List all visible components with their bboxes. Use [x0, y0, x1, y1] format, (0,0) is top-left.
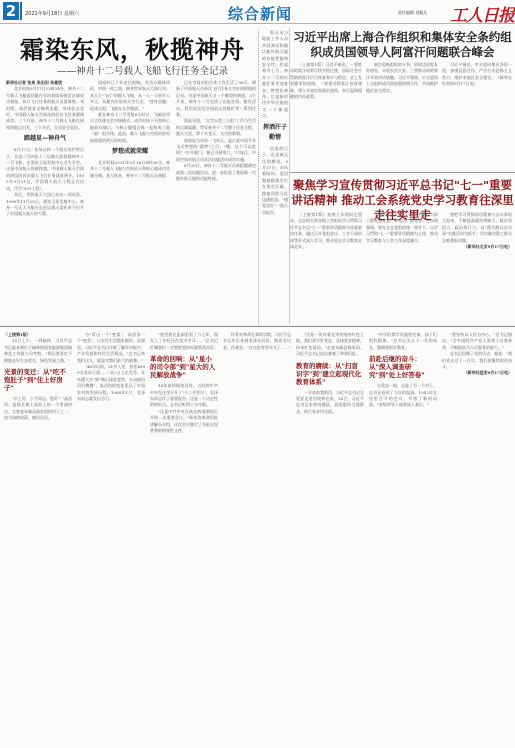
lead-column-1: 新华社记者 张泉 张汨汨 朱基钗 北京时间9月17日13时34分，神舟十二号载人… [6, 80, 84, 324]
section-divider [290, 172, 515, 173]
bottom-paragraph: 在延安一路，走进了另一个村子，总书记看到了当年的窑洞。1942年在这里召开的会议… [369, 383, 437, 409]
bottom-paragraph: "这是一块有着光荣传统的红色土地，我们要学好党史，弘扬延安精神，传承红色基因。"… [296, 332, 364, 358]
lead-paragraph: 6月17日，东风这样一个阳光灿烂的日子，长征二号F遥十二运载火箭搭载神舟十二号飞… [6, 147, 84, 192]
lead-paragraph: 就在神舟十二号发射6小时后，飞船采用自主快速交会对接模式，成功对接于天和核心舱前… [90, 112, 170, 144]
bottom-column-5: "这是一块有着光荣传统的红色土地，我们要学好党史，弘扬延安精神，传承红色基因。"… [296, 332, 364, 746]
newspaper-logo: 工人日报 [450, 1, 514, 26]
bottom-paragraph: "48年以前，21岁入党，担任4999名党员干部……"从"山上光秃秃，年年遭大水… [77, 364, 145, 402]
right-mid-paragraph: 要把学习贯彻讲话精神与办实事结合起来，不断提高政治判断力、政治领悟力、政治执行力… [442, 212, 512, 244]
right-mid-column-3: 要把学习贯彻讲话精神与办实事结合起来，不断提高政治判断力、政治领悟力、政治执行力… [442, 212, 512, 322]
bottom-subsection-3: 教育的赓续：从"扫盲识字"到"建立起现代化教育体系" [296, 362, 364, 386]
lead-paragraph: 如果说当年的一飞冲天，是古老中国千年飞天梦想的"圆梦"之行。"嗨，这个可以吃吗？… [176, 138, 256, 164]
lead-column-3: 已在空间站组合体工作生活了90天，刷新了中国航天员单次飞行任务太空驻留时间的记录… [176, 80, 256, 324]
right-mid-paragraph: 工会干部深入基层一线，引导广大职工群众感党恩、听党话、跟党走。王东明强调，要在全… [366, 212, 438, 244]
column-divider [258, 30, 259, 325]
bottom-paragraph: "这是中共中央在陕北转战期间召开的一次重要会议。"杨家沟革命旧址讲解员介绍，这次… [150, 409, 218, 435]
bottom-subsection-2: 革命的回响：从"星小的司令部"到"星大的人民解放战争" [150, 355, 218, 379]
lead-subsection-2: 梦想成就荣耀 [90, 147, 170, 157]
masthead: 2 2021年9月18日 星期六 综合新闻 责任编辑 刘颖凡 工人日报 [0, 0, 515, 24]
right-top-paragraph: 展打恐怖组织的斗争，同周边国家友好相处，实现长治久安。三要推动同阿富汗开展对话接… [366, 62, 438, 94]
right-mid-paragraph: （上接第1版）按照王东明同志要求，全总机关和各级工会组织学习贯彻习近平总书记"七… [290, 212, 362, 250]
right-top-column-2: 展打恐怖组织的斗争，同周边国家友好相处，实现长治久安。三要推动同阿富汗开展对话接… [366, 62, 438, 170]
lead-paragraph: 海是无垠，"太空出差三人组"工作与生活的点滴温暖，贯穿神舟十二号整个任务全程。露… [176, 118, 256, 137]
section-title: 综合新闻 [228, 3, 292, 24]
bottom-column-6: "中学的教学设施很完备，孩子们很有精神。"总书记关心下一代的成长，强调要抓好教育… [369, 332, 437, 746]
right-top-paragraph: （上接第1版）习近平指出，一要推动阿富汗局势尽快平稳过渡。国际社会应帮助阿富汗早… [290, 62, 362, 100]
right-top-paragraph: 习近平指出，中方愿同地区各国一道，加强反恐合作，严厉打击恐怖主义势力，维护本地区… [442, 62, 512, 88]
issue-date: 2021年9月18日 星期六 [25, 10, 79, 17]
right-mid-column-2: 工会干部深入基层一线，引导广大职工群众感党恩、听党话、跟党走。王东明强调，要在全… [366, 212, 438, 322]
lead-column-2: 国家时已十年走过的路。有西方媒体评论，中国一夜之间，跻身世界航天大国行列。从天上… [90, 80, 170, 324]
bottom-credit: （新华社延安9月17日电） [442, 370, 512, 376]
right-top-column-3: 习近平指出，中方愿同地区各国一道，加强反恐合作，严厉打击恐怖主义势力，维护本地区… [442, 62, 512, 170]
bottom-paragraph: "夜里我在窑洞里看了六七年，现在上了年纪还在读书学习……"总书记叮嘱我们一定要把… [150, 332, 218, 351]
bottom-column-2: 为"青山一个"变富"，高西沟一个"变美"，让农民生活越来越好。窑洞里，习近平总书… [77, 332, 145, 746]
bottom-subsection-4: 前赴后继的奋斗：从"深入调查研究"到"处上好答卷" [369, 355, 437, 379]
page-number: 2 [3, 2, 19, 20]
bottom-paragraph: 总书记回顾了党的历史，他说："我们党走过了一百年，我们要继续艰苦奋斗。" [442, 351, 512, 370]
bottom-column-1: （上接第1版） 15日上午，一到榆林，习近平总书记就来到位于榆林的国家能源集团榆… [4, 332, 72, 746]
lead-paragraph: 8月20日，神舟十二号航天员乘组圆满完成第二次出舱活动，进一步检验了我国新一代舱… [176, 163, 256, 182]
editor-credit: 责任编辑 刘颖凡 [398, 10, 427, 16]
lead-paragraph: 其后，世界航天大国已启动一项试验。1999年11月20日，酒泉卫星发射中心，神舟… [6, 192, 84, 218]
lead-paragraph: 北京时间9月17日13时34分，神舟十二号载人飞船返回舱在东风着陆场预定区域成功… [6, 86, 84, 131]
bottom-column-4: 怀着对革命先辈的崇敬，习近平总书记先后来到毛泽东旧居，察看会议室、作战室。"在这… [223, 332, 291, 746]
lead-subsection-1: 踏越星—神舟气 [6, 134, 84, 144]
bottom-paragraph: 14年前的杨家沟村，当时的中共中央在这里召开了"十二月会议"，毛泽东同志作了重要… [150, 383, 218, 409]
lead-subsection-3: 挥洒汗子勤情 [262, 123, 288, 143]
lead-paragraph: 已在空间站组合体工作生活了90天，刷新了中国航天员单次飞行任务太空驻留时间的记录… [176, 80, 256, 118]
page-number-bar [20, 2, 22, 20]
right-mid-credit: （新华社北京9月17日电） [442, 244, 512, 250]
lead-headline: 霜染东风，秋揽神舟 [10, 30, 255, 65]
bottom-column-7: "要坚持以人民为中心。"总书记指出，"全中国的共产党人要勇于自我革命，不断提高为… [442, 332, 512, 746]
bottom-paragraph: 一年来前我陕西，习近平总书记在延安走进学校和农家。14日，习近平总书记来到绥德县… [296, 390, 364, 416]
lead-paragraph: 国家时已十年走过的路。有西方媒体评论，中国一夜之间，跻身世界航天大国行列。从天上… [90, 80, 170, 112]
bottom-paragraph: "要坚持以人民为中心。"总书记指出，"全中国的共产党人要勇于自我革命，不断提高为… [442, 332, 512, 351]
right-top-column-1: （上接第1版）习近平指出，一要推动阿富汗局势尽快平稳过渡。国际社会应帮助阿富汗早… [290, 62, 362, 170]
bottom-paragraph: "早上好，小平同志，您好！"高西沟，是陕北黄土高原上的一个普通村庄。它曾是米脂县… [4, 396, 72, 422]
lead-continuation-column: 航天员与地面工作人员共同测试和确认舱外航天服的功能性能和安全性。比起神舟七号，神… [262, 30, 288, 322]
lead-paragraph: 北京时间2021年9月16日8时56分，神舟十二号载人飞船与空间站天和核心舱成功… [90, 160, 170, 179]
bottom-paragraph: "中学的教学设施很完备，孩子们很有精神。"总书记关心下一代的成长，强调要抓好教育… [369, 332, 437, 351]
bottom-subsection-1: 光景的变迁：从"吃不饱肚子"到"住上好房子" [4, 368, 72, 392]
bottom-paragraph: 15日上午，一到榆林，习近平总书记就来到位于榆林的国家能源集团榆林化工有限公司考… [4, 338, 72, 364]
lead-continuation-paragraph: 回家的日子，总是被无比的期待。9月17日，东风着陆场。返回舱被精准定位在预定区域… [262, 146, 288, 216]
bottom-column-3: "夜里我在窑洞里看了六七年，现在上了年纪还在读书学习……"总书记叮嘱我们一定要把… [150, 332, 218, 746]
right-top-headline: 习近平出席上海合作组织和集体安全条约组织成员国领导人阿富汗问题联合峰会 [290, 30, 515, 60]
section-divider [0, 326, 515, 327]
right-mid-column-1: （上接第1版）按照王东明同志要求，全总机关和各级工会组织学习贯彻习近平总书记"七… [290, 212, 362, 322]
lead-subheadline: ——神舟十二号载人飞船飞行任务全记录 [30, 63, 255, 77]
lead-continuation-paragraph: 航天员与地面工作人员共同测试和确认舱外航天服的功能性能和安全性。比起神舟七号，神… [262, 30, 288, 120]
bottom-paragraph: 为"青山一个"变富"，高西沟一个"变美"，让农民生活越来越好。窑洞里，习近平总书… [77, 332, 145, 364]
bottom-paragraph: 怀着对革命先辈的崇敬，习近平总书记先后来到毛泽东旧居，察看会议室、作战室。"在这… [223, 332, 291, 351]
